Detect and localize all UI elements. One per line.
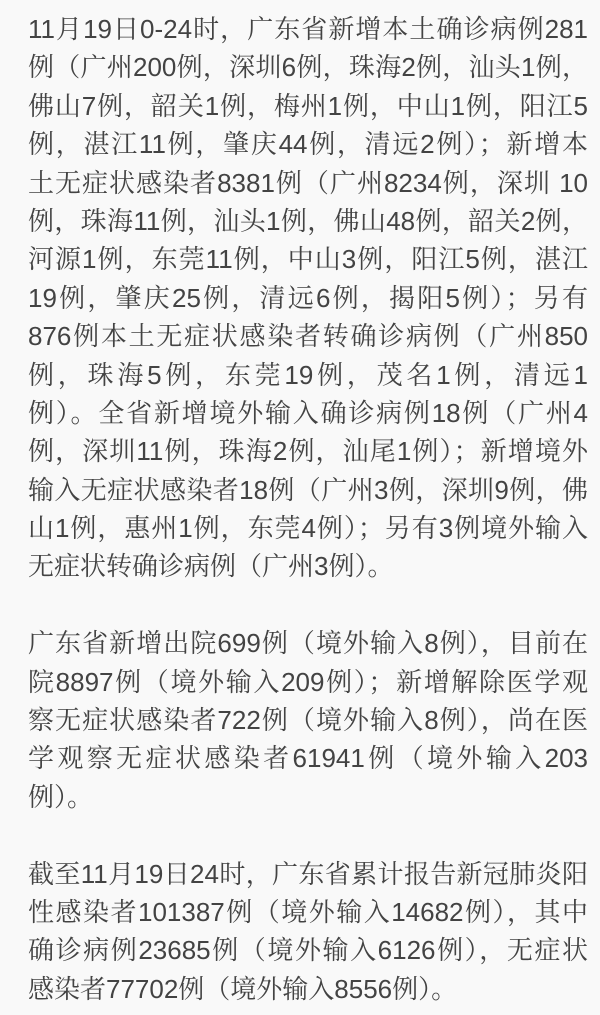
text-line: 确诊病例23685例（境外输入6126例），无症状: [28, 931, 588, 969]
bulletin-article: 11月19日0-24时，广东省新增本土确诊病例281 例（广州200例，深圳6例…: [0, 0, 600, 1008]
text-line: 例，深圳11例，珠海2例，汕尾1例）；新增境外: [28, 432, 588, 470]
text-line: 例，珠海11例，汕头1例，佛山48例，韶关2例，: [28, 202, 588, 240]
paragraph-new-local-cases: 11月19日0-24时，广东省新增本土确诊病例281 例（广州200例，深圳6例…: [28, 10, 588, 586]
text-line: 876例本土无症状感染者转确诊病例（广州850: [28, 317, 588, 355]
paragraph-discharge-and-observation: 广东省新增出院699例（境外输入8例），目前在 院8897例（境外输入209例）…: [28, 624, 588, 816]
text-line: 广东省新增出院699例（境外输入8例），目前在: [28, 624, 588, 662]
text-line: 性感染者101387例（境外输入14682例），其中: [28, 893, 588, 931]
text-line: 无症状转确诊病例（广州3例）。: [28, 547, 588, 585]
text-line: 例（广州200例，深圳6例，珠海2例，汕头1例，: [28, 48, 588, 86]
text-line: 例）。全省新增境外输入确诊病例18例（广州4: [28, 394, 588, 432]
paragraph-cumulative-totals: 截至11月19日24时，广东省累计报告新冠肺炎阳 性感染者101387例（境外输…: [28, 855, 588, 1009]
text-line: 输入无症状感染者18例（广州3例，深圳9例，佛: [28, 471, 588, 509]
text-line: 学观察无症状感染者61941例（境外输入203: [28, 739, 588, 777]
text-line: 截至11月19日24时，广东省累计报告新冠肺炎阳: [28, 855, 588, 893]
text-line: 例，珠海5例，东莞19例，茂名1例，清远1: [28, 356, 588, 394]
text-line: 河源1例，东莞11例，中山3例，阳江5例，湛江: [28, 240, 588, 278]
text-line: 察无症状感染者722例（境外输入8例），尚在医: [28, 701, 588, 739]
text-line: 山1例，惠州1例，东莞4例）；另有3例境外输入: [28, 509, 588, 547]
text-line: 佛山7例，韶关1例，梅州1例，中山1例，阳江5: [28, 87, 588, 125]
text-line: 院8897例（境外输入209例）；新增解除医学观: [28, 663, 588, 701]
text-line: 11月19日0-24时，广东省新增本土确诊病例281: [28, 10, 588, 48]
text-line: 土无症状感染者8381例（广州8234例，深圳 10: [28, 164, 588, 202]
text-line: 19例，肇庆25例，清远6例，揭阳5例）；另有: [28, 279, 588, 317]
text-line: 感染者77702例（境外输入8556例）。: [28, 970, 588, 1008]
text-line: 例）。: [28, 778, 588, 816]
text-line: 例，湛江11例，肇庆44例，清远2例）；新增本: [28, 125, 588, 163]
